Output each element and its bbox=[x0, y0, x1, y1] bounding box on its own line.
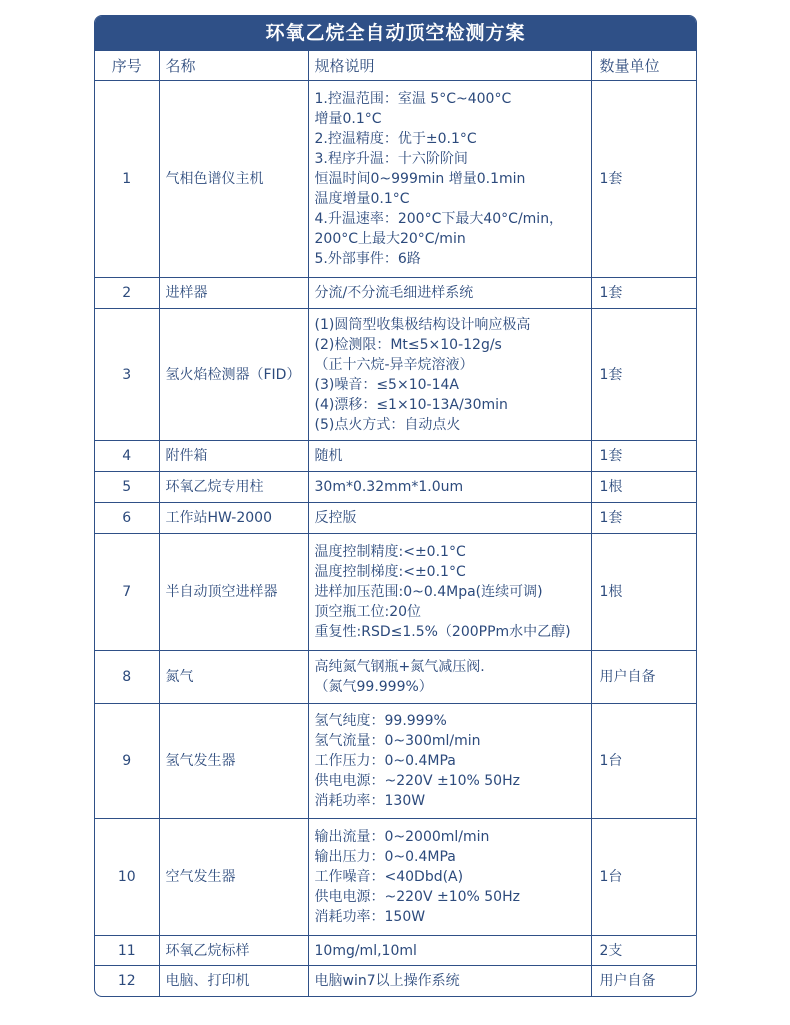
item-name: 环氧乙烷专用柱 bbox=[159, 472, 308, 503]
table-row: 2进样器分流/不分流毛细进样系统1套 bbox=[95, 278, 696, 309]
item-quantity: 1根 bbox=[591, 472, 696, 503]
item-quantity: 用户自备 bbox=[591, 966, 696, 996]
spec-line: 重复性:RSD≤1.5%（200PPm水中乙醇) bbox=[315, 622, 585, 642]
item-quantity: 1套 bbox=[591, 81, 696, 278]
spec-table: 序号 名称 规格说明 数量单位 1气相色谱仪主机1.控温范围：室温 5°C~40… bbox=[95, 51, 696, 996]
spec-line: 氢气流量：0~300ml/min bbox=[315, 731, 585, 751]
row-number: 10 bbox=[95, 819, 159, 936]
row-number: 5 bbox=[95, 472, 159, 503]
row-number: 3 bbox=[95, 309, 159, 441]
item-spec: 10mg/ml,10ml bbox=[308, 936, 591, 966]
row-number: 7 bbox=[95, 534, 159, 651]
row-number: 6 bbox=[95, 503, 159, 534]
spec-line: (3)噪音：≤5×10-14A bbox=[315, 375, 585, 395]
item-name: 环氧乙烷标样 bbox=[159, 936, 308, 966]
spec-line: 1.控温范围：室温 5°C~400°C bbox=[315, 89, 585, 109]
spec-line: 顶空瓶工位:20位 bbox=[315, 602, 585, 622]
row-number: 9 bbox=[95, 704, 159, 819]
item-spec: 电脑win7以上操作系统 bbox=[308, 966, 591, 996]
spec-line: 输出流量：0~2000ml/min bbox=[315, 827, 585, 847]
header-row: 序号 名称 规格说明 数量单位 bbox=[95, 51, 696, 81]
spec-line: 随机 bbox=[315, 446, 585, 466]
item-quantity: 1套 bbox=[591, 441, 696, 472]
spec-line: （正十六烷-异辛烷溶液） bbox=[315, 355, 585, 375]
item-quantity: 1套 bbox=[591, 278, 696, 309]
table-row: 9氢气发生器氢气纯度：99.999%氢气流量：0~300ml/min工作压力：0… bbox=[95, 704, 696, 819]
item-name: 气相色谱仪主机 bbox=[159, 81, 308, 278]
spec-line: 200°C上最大20°C/min bbox=[315, 229, 585, 249]
row-number: 1 bbox=[95, 81, 159, 278]
item-spec: 反控版 bbox=[308, 503, 591, 534]
item-spec: 1.控温范围：室温 5°C~400°C增量0.1°C2.控温精度：优于±0.1°… bbox=[308, 81, 591, 278]
scheme-table-card: 环氧乙烷全自动顶空检测方案 序号 名称 规格说明 数量单位 1气相色谱仪主机1.… bbox=[94, 15, 697, 997]
item-quantity: 1台 bbox=[591, 704, 696, 819]
spec-line: 进样加压范围:0~0.4Mpa(连续可调) bbox=[315, 582, 585, 602]
item-quantity: 1套 bbox=[591, 503, 696, 534]
spec-line: (1)圆筒型收集极结构设计响应极高 bbox=[315, 315, 585, 335]
table-row: 7半自动顶空进样器温度控制精度:<±0.1°C温度控制梯度:<±0.1°C进样加… bbox=[95, 534, 696, 651]
item-name: 工作站HW-2000 bbox=[159, 503, 308, 534]
table-row: 1气相色谱仪主机1.控温范围：室温 5°C~400°C增量0.1°C2.控温精度… bbox=[95, 81, 696, 278]
spec-line: 工作压力：0~0.4MPa bbox=[315, 751, 585, 771]
table-row: 11环氧乙烷标样10mg/ml,10ml2支 bbox=[95, 936, 696, 966]
header-qty: 数量单位 bbox=[591, 51, 696, 81]
row-number: 4 bbox=[95, 441, 159, 472]
item-quantity: 2支 bbox=[591, 936, 696, 966]
row-number: 11 bbox=[95, 936, 159, 966]
table-row: 10空气发生器输出流量：0~2000ml/min输出压力：0~0.4MPa工作噪… bbox=[95, 819, 696, 936]
row-number: 2 bbox=[95, 278, 159, 309]
item-spec: (1)圆筒型收集极结构设计响应极高(2)检测限：Mt≤5×10-12g/s（正十… bbox=[308, 309, 591, 441]
spec-line: (2)检测限：Mt≤5×10-12g/s bbox=[315, 335, 585, 355]
spec-line: (5)点火方式：自动点火 bbox=[315, 415, 585, 435]
row-number: 8 bbox=[95, 651, 159, 704]
spec-line: 5.外部事件：6路 bbox=[315, 249, 585, 269]
spec-line: 3.程序升温：十六阶阶间 bbox=[315, 149, 585, 169]
spec-line: 消耗功率：130W bbox=[315, 791, 585, 811]
spec-line: 增量0.1°C bbox=[315, 109, 585, 129]
item-name: 氢火焰检测器（FID） bbox=[159, 309, 308, 441]
spec-line: 工作噪音：<40Dbd(A) bbox=[315, 867, 585, 887]
item-quantity: 1根 bbox=[591, 534, 696, 651]
item-spec: 高纯氮气钢瓶+氮气减压阀.（氮气99.999%） bbox=[308, 651, 591, 704]
item-spec: 30m*0.32mm*1.0um bbox=[308, 472, 591, 503]
item-spec: 氢气纯度：99.999%氢气流量：0~300ml/min工作压力：0~0.4MP… bbox=[308, 704, 591, 819]
spec-line: 反控版 bbox=[315, 508, 585, 528]
header-spec: 规格说明 bbox=[308, 51, 591, 81]
item-quantity: 用户自备 bbox=[591, 651, 696, 704]
spec-line: 温度控制精度:<±0.1°C bbox=[315, 542, 585, 562]
spec-line: 恒温时间0~999min 增量0.1min bbox=[315, 169, 585, 189]
spec-line: 温度控制梯度:<±0.1°C bbox=[315, 562, 585, 582]
table-row: 12电脑、打印机电脑win7以上操作系统用户自备 bbox=[95, 966, 696, 996]
spec-line: 输出压力：0~0.4MPa bbox=[315, 847, 585, 867]
table-row: 6工作站HW-2000反控版1套 bbox=[95, 503, 696, 534]
table-row: 4附件箱随机1套 bbox=[95, 441, 696, 472]
item-name: 空气发生器 bbox=[159, 819, 308, 936]
item-spec: 随机 bbox=[308, 441, 591, 472]
item-name: 半自动顶空进样器 bbox=[159, 534, 308, 651]
table-row: 3氢火焰检测器（FID）(1)圆筒型收集极结构设计响应极高(2)检测限：Mt≤5… bbox=[95, 309, 696, 441]
header-name: 名称 bbox=[159, 51, 308, 81]
item-name: 进样器 bbox=[159, 278, 308, 309]
spec-line: 分流/不分流毛细进样系统 bbox=[315, 283, 585, 303]
item-name: 氮气 bbox=[159, 651, 308, 704]
table-title: 环氧乙烷全自动顶空检测方案 bbox=[95, 16, 696, 51]
spec-line: 高纯氮气钢瓶+氮气减压阀. bbox=[315, 657, 585, 677]
item-spec: 分流/不分流毛细进样系统 bbox=[308, 278, 591, 309]
spec-line: 温度增量0.1°C bbox=[315, 189, 585, 209]
item-spec: 温度控制精度:<±0.1°C温度控制梯度:<±0.1°C进样加压范围:0~0.4… bbox=[308, 534, 591, 651]
spec-line: 消耗功率：150W bbox=[315, 907, 585, 927]
spec-line: 电脑win7以上操作系统 bbox=[315, 971, 585, 991]
item-name: 氢气发生器 bbox=[159, 704, 308, 819]
spec-line: 供电电源：~220V ±10% 50Hz bbox=[315, 887, 585, 907]
row-number: 12 bbox=[95, 966, 159, 996]
item-name: 电脑、打印机 bbox=[159, 966, 308, 996]
spec-line: 4.升温速率：200°C下最大40°C/min， bbox=[315, 209, 585, 229]
spec-line: 2.控温精度：优于±0.1°C bbox=[315, 129, 585, 149]
item-name: 附件箱 bbox=[159, 441, 308, 472]
spec-line: （氮气99.999%） bbox=[315, 677, 585, 697]
spec-line: 供电电源：~220V ±10% 50Hz bbox=[315, 771, 585, 791]
spec-line: 30m*0.32mm*1.0um bbox=[315, 477, 585, 497]
spec-line: 10mg/ml,10ml bbox=[315, 941, 585, 961]
header-no: 序号 bbox=[95, 51, 159, 81]
spec-line: (4)漂移：≤1×10-13A/30min bbox=[315, 395, 585, 415]
spec-line: 氢气纯度：99.999% bbox=[315, 711, 585, 731]
item-quantity: 1套 bbox=[591, 309, 696, 441]
table-row: 8氮气高纯氮气钢瓶+氮气减压阀.（氮气99.999%）用户自备 bbox=[95, 651, 696, 704]
table-row: 5环氧乙烷专用柱30m*0.32mm*1.0um1根 bbox=[95, 472, 696, 503]
item-spec: 输出流量：0~2000ml/min输出压力：0~0.4MPa工作噪音：<40Db… bbox=[308, 819, 591, 936]
item-quantity: 1台 bbox=[591, 819, 696, 936]
